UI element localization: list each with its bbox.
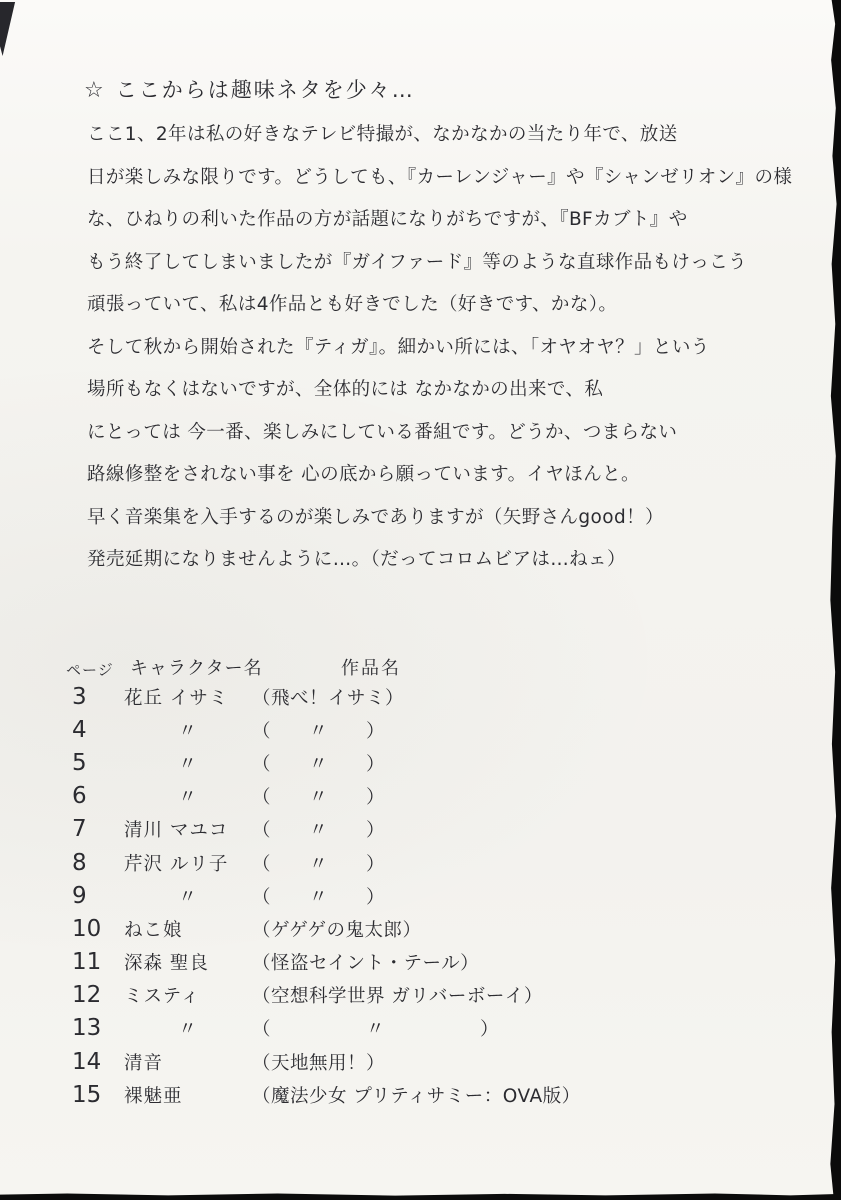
cell-work-name: （怪盗セイント・テール） bbox=[252, 949, 479, 975]
cell-page-number: 11 bbox=[66, 949, 124, 975]
cell-page-number: 8 bbox=[66, 850, 124, 876]
header-work-name: 作品名 bbox=[275, 654, 401, 680]
table-row: 12 ミスティ （空想科学世界 ガリバーボーイ） bbox=[66, 979, 686, 1012]
cell-character-name: 清川 マユコ bbox=[124, 816, 252, 842]
table-row: 8 芹沢 ルリ子 （ 〃 ） bbox=[66, 846, 686, 879]
note-line: 発売延期になりませんように…。（だってコロムビアは…ねェ） bbox=[87, 545, 793, 588]
character-index-table: ページ キャラクター名 作品名 3 花丘 イサミ （飛べ！イサミ） 4 〃 （ … bbox=[66, 646, 686, 1111]
cell-work-name: （魔法少女 プリティサミー：OVA版） bbox=[252, 1082, 581, 1108]
table-row: 7 清川 マユコ （ 〃 ） bbox=[66, 813, 686, 846]
note-line: 頑張っていて、私は4作品とも好きでした（好きです、かな）。 bbox=[87, 290, 793, 333]
note-line: 場所もなくはないですが、全体的には なかなかの出来で、私 bbox=[87, 375, 793, 418]
cell-character-name: 裸魅亜 bbox=[124, 1082, 252, 1108]
cell-work-name: （ 〃 ） bbox=[252, 717, 385, 743]
table-row: 13 〃 （ 〃 ） bbox=[66, 1012, 686, 1045]
cell-character-name: 〃 bbox=[124, 1015, 252, 1041]
note-heading-text: ここからは趣味ネタを少々… bbox=[116, 78, 415, 102]
table-row: 14 清音 （天地無用！） bbox=[66, 1045, 686, 1078]
note-line: にとっては 今一番、楽しみにしている番組です。どうか、つまらない bbox=[87, 418, 793, 461]
cell-page-number: 9 bbox=[66, 883, 124, 909]
cell-page-number: 10 bbox=[66, 916, 124, 942]
scan-edge-bottom bbox=[0, 1191, 841, 1200]
cell-character-name: 深森 聖良 bbox=[124, 949, 252, 975]
cell-page-number: 7 bbox=[66, 816, 124, 842]
cell-work-name: （天地無用！） bbox=[252, 1049, 385, 1075]
cell-character-name: 芹沢 ルリ子 bbox=[124, 850, 252, 876]
scan-torn-edge-right bbox=[828, 0, 841, 1200]
note-line: そして秋から開始された『ティガ』。細かい所には、「オヤオヤ？」という bbox=[87, 333, 793, 376]
cell-character-name: 〃 bbox=[124, 750, 252, 776]
cell-page-number: 15 bbox=[66, 1082, 124, 1108]
scan-corner-artifact bbox=[0, 2, 26, 56]
note-heading: ☆ここからは趣味ネタを少々… bbox=[84, 74, 415, 104]
cell-character-name: 清音 bbox=[124, 1049, 252, 1075]
cell-character-name: ミスティ bbox=[124, 982, 252, 1008]
handwritten-note: ここ1、2年は私の好きなテレビ特撮が、なかなかの当たり年で、放送 日が楽しみな限… bbox=[87, 120, 793, 588]
cell-work-name: （ 〃 ） bbox=[252, 750, 385, 776]
cell-work-name: （飛べ！イサミ） bbox=[252, 684, 404, 710]
scanned-page: ☆ここからは趣味ネタを少々… ここ1、2年は私の好きなテレビ特撮が、なかなかの当… bbox=[0, 0, 841, 1200]
cell-work-name: （ゲゲゲの鬼太郎） bbox=[252, 916, 422, 942]
table-header-row: ページ キャラクター名 作品名 bbox=[66, 646, 686, 680]
note-line: 路線修整をされない事を 心の底から願っています。イヤほんと。 bbox=[87, 460, 793, 503]
table-row: 6 〃 （ 〃 ） bbox=[66, 780, 686, 813]
cell-page-number: 12 bbox=[66, 982, 124, 1008]
table-row: 3 花丘 イサミ （飛べ！イサミ） bbox=[66, 680, 686, 713]
star-icon: ☆ bbox=[84, 78, 106, 103]
cell-character-name: ねこ娘 bbox=[124, 916, 252, 942]
cell-page-number: 6 bbox=[66, 783, 124, 809]
note-line: 日が楽しみな限りです。どうしても、『カーレンジャー』や『シャンゼリオン』の様 bbox=[87, 163, 793, 206]
cell-work-name: （ 〃 ） bbox=[252, 850, 385, 876]
cell-page-number: 3 bbox=[66, 684, 124, 710]
cell-work-name: （ 〃 ） bbox=[252, 1015, 499, 1041]
cell-character-name: 花丘 イサミ bbox=[124, 684, 252, 710]
cell-page-number: 14 bbox=[66, 1049, 124, 1075]
table-row: 9 〃 （ 〃 ） bbox=[66, 879, 686, 912]
header-page: ページ bbox=[66, 659, 130, 680]
cell-page-number: 4 bbox=[66, 717, 124, 743]
table-row: 10 ねこ娘 （ゲゲゲの鬼太郎） bbox=[66, 912, 686, 945]
cell-work-name: （ 〃 ） bbox=[252, 883, 385, 909]
cell-work-name: （ 〃 ） bbox=[252, 783, 385, 809]
table-row: 5 〃 （ 〃 ） bbox=[66, 746, 686, 779]
cell-work-name: （ 〃 ） bbox=[252, 816, 385, 842]
cell-page-number: 13 bbox=[66, 1015, 124, 1041]
table-row: 4 〃 （ 〃 ） bbox=[66, 713, 686, 746]
table-row: 15 裸魅亜 （魔法少女 プリティサミー：OVA版） bbox=[66, 1078, 686, 1111]
note-line: もう終了してしまいましたが『ガイファード』等のような直球作品もけっこう bbox=[87, 248, 793, 291]
note-line: 早く音楽集を入手するのが楽しみでありますが（矢野さんgood！） bbox=[87, 503, 793, 546]
cell-work-name: （空想科学世界 ガリバーボーイ） bbox=[252, 982, 543, 1008]
note-line: な、ひねりの利いた作品の方が話題になりがちですが、『BFカブト』や bbox=[87, 205, 793, 248]
cell-character-name: 〃 bbox=[124, 717, 252, 743]
cell-character-name: 〃 bbox=[124, 883, 252, 909]
header-character-name: キャラクター名 bbox=[130, 654, 275, 680]
note-line: ここ1、2年は私の好きなテレビ特撮が、なかなかの当たり年で、放送 bbox=[87, 120, 793, 163]
cell-page-number: 5 bbox=[66, 750, 124, 776]
table-row: 11 深森 聖良 （怪盗セイント・テール） bbox=[66, 946, 686, 979]
cell-character-name: 〃 bbox=[124, 783, 252, 809]
